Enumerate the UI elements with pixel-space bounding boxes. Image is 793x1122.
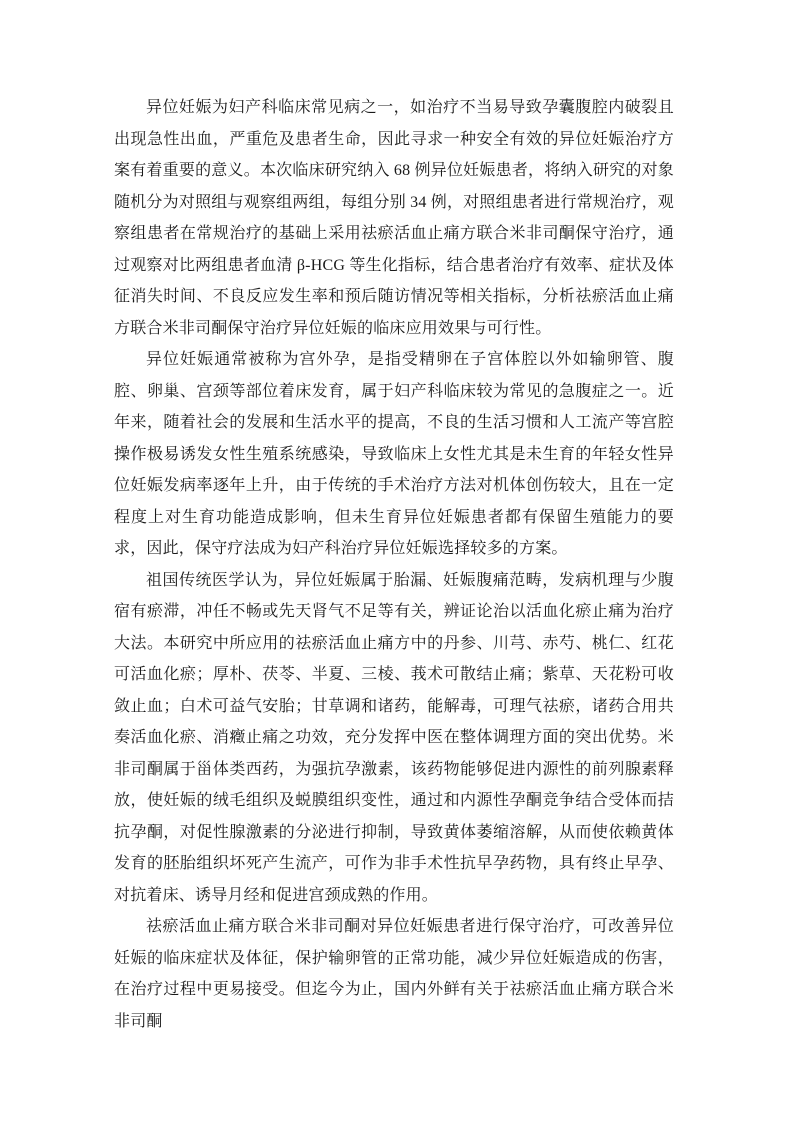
document-page: 异位妊娠为妇产科临床常见病之一，如治疗不当易导致孕囊腹腔内破裂且出现急性出血，严… — [0, 0, 793, 1122]
body-paragraph: 异位妊娠通常被称为宫外孕，是指受精卵在子宫体腔以外如输卵管、腹腔、卵巢、宫颈等部… — [114, 344, 674, 565]
body-paragraph: 异位妊娠为妇产科临床常见病之一，如治疗不当易导致孕囊腹腔内破裂且出现急性出血，严… — [114, 92, 674, 344]
body-paragraph: 祖国传统医学认为，异位妊娠属于胎漏、妊娠腹痛范畴，发病机理与少腹宿有瘀滞，冲任不… — [114, 565, 674, 912]
body-paragraph: 祛瘀活血止痛方联合米非司酮对异位妊娠患者进行保守治疗，可改善异位妊娠的临床症状及… — [114, 911, 674, 1037]
